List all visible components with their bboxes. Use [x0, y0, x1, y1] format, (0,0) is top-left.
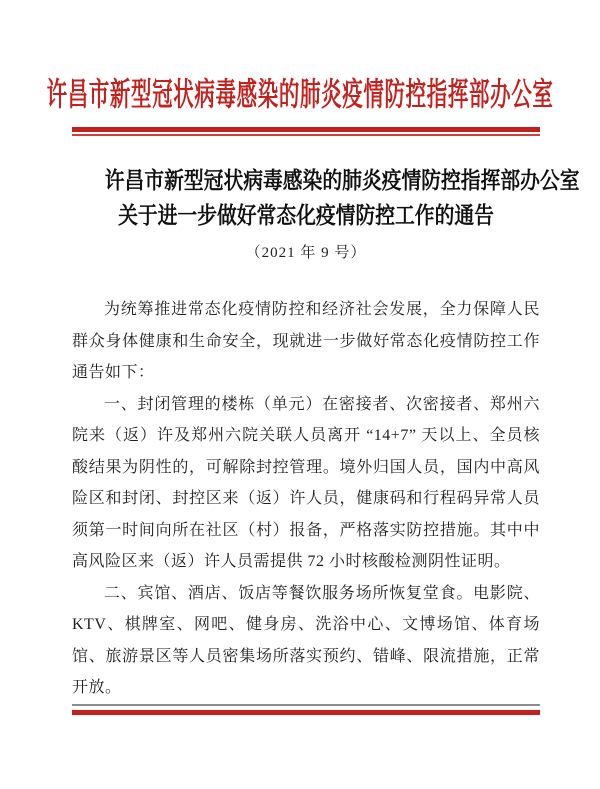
letterhead: 许昌市新型冠状病毒感染的肺炎疫情防控指挥部办公室	[0, 68, 600, 116]
doc-number: （2021 年 9 号）	[72, 241, 540, 262]
notice-title-line2: 关于进一步做好常态化疫情防控工作的通告	[105, 198, 507, 233]
body-paragraph-item-2: 二、宾馆、酒店、饭店等餐饮服务场所恢复堂食。电影院、KTV、棋牌室、网吧、健身房…	[72, 578, 540, 703]
letterhead-rule-thin	[72, 134, 540, 136]
letterhead-divider-rule	[72, 127, 540, 136]
footer-rule-thick	[72, 710, 540, 715]
document-page: 许昌市新型冠状病毒感染的肺炎疫情防控指挥部办公室 许昌市新型冠状病毒感染的肺炎疫…	[0, 0, 600, 789]
letterhead-org-name: 许昌市新型冠状病毒感染的肺炎疫情防控指挥部办公室	[47, 69, 554, 115]
body-paragraph-intro: 为统筹推进常态化疫情防控和经济社会发展，全力保障人民群众身体健康和生命安全，现就…	[72, 294, 540, 389]
notice-title: 许昌市新型冠状病毒感染的肺炎疫情防控指挥部办公室 关于进一步做好常态化疫情防控工…	[105, 163, 507, 233]
notice-title-line1: 许昌市新型冠状病毒感染的肺炎疫情防控指挥部办公室	[105, 163, 507, 198]
body-paragraph-item-1: 一、封闭管理的楼栋（单元）在密接者、次密接者、郑州六院来（返）许及郑州六院关联人…	[72, 389, 540, 578]
notice-body: 为统筹推进常态化疫情防控和经济社会发展，全力保障人民群众身体健康和生命安全，现就…	[72, 294, 540, 702]
footer-divider-rule	[72, 704, 540, 715]
